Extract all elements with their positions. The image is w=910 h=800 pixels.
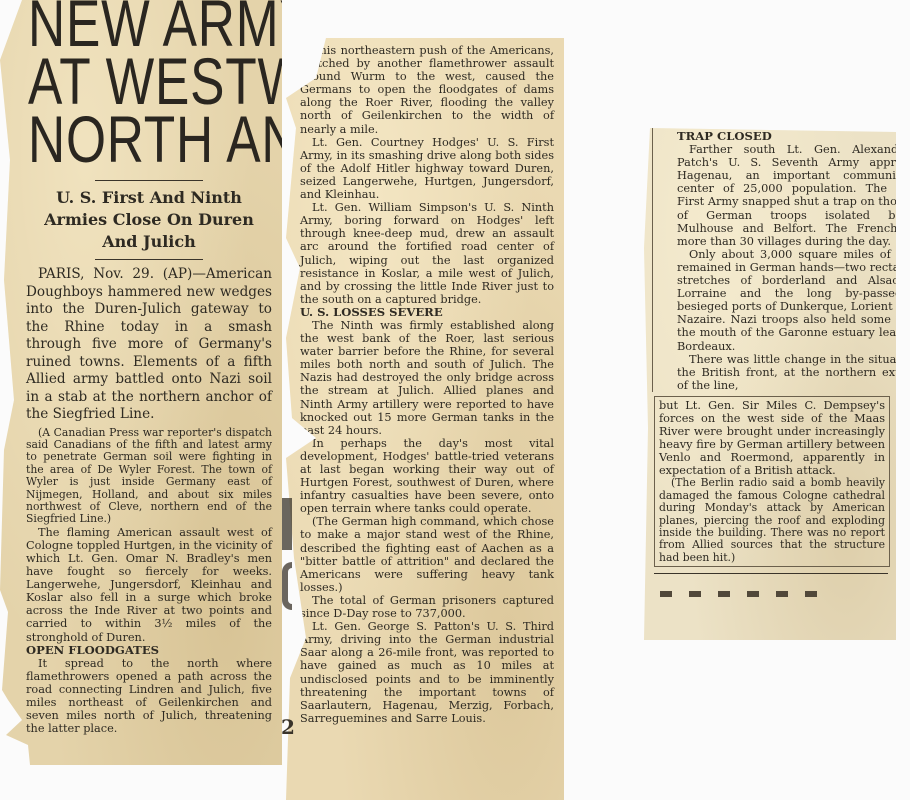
boxed-continuation: but Lt. Gen. Sir Miles C. Dempsey's forc…	[654, 396, 890, 567]
subheadline-line-3: And Julich	[26, 231, 272, 253]
subheadline: U. S. First And Ninth Armies Close On Du…	[26, 187, 272, 253]
clipped-headline-remnant	[660, 582, 896, 601]
paragraph: In perhaps the day's most vital developm…	[300, 437, 554, 516]
section-heading-open-floodgates: OPEN FLOODGATES	[26, 644, 272, 657]
paragraph: The total of German prisoners captured s…	[300, 594, 554, 620]
paragraph: (The German high command, which chose to…	[300, 515, 554, 594]
subheadline-line-2: Armies Close On Duren	[26, 209, 272, 231]
canadian-press-note: (A Canadian Press war reporter's dispatc…	[26, 427, 272, 526]
section-heading-trap-closed: TRAP CLOSED	[677, 130, 896, 143]
column-1-body: PARIS, Nov. 29. (AP)—American Doughboys …	[26, 266, 272, 735]
assault-paragraph: The flaming American assault west of Col…	[26, 526, 272, 644]
clipping-headline-column: NEW ARMY JABS AT WESTWALL'S NORTH ANCHOR…	[0, 0, 282, 765]
paragraph: Lt. Gen. George S. Patton's U. S. Third …	[300, 620, 554, 725]
clipping-continuation-column: This northeastern push of the Americans,…	[286, 38, 564, 800]
column-2-body: This northeastern push of the Americans,…	[286, 38, 564, 725]
column-3-body: TRAP CLOSED Farther south Lt. Gen. Alexa…	[652, 128, 896, 392]
paragraph: Lt. Gen. Courtney Hodges' U. S. First Ar…	[300, 136, 554, 201]
paragraph: Lt. Gen. William Simpson's U. S. Ninth A…	[300, 201, 554, 306]
paragraph: There was little change in the situation…	[677, 353, 896, 392]
stray-letter-fragment	[282, 498, 292, 550]
berlin-radio-note: (The Berlin radio said a bomb heavily da…	[659, 477, 885, 564]
dateline-paragraph: PARIS, Nov. 29. (AP)—American Doughboys …	[26, 266, 272, 424]
subheadline-line-1: U. S. First And Ninth	[26, 187, 272, 209]
stray-letter-fragment	[282, 562, 292, 610]
paragraph: Farther south Lt. Gen. Alexander M. Patc…	[677, 143, 896, 248]
floodgates-paragraph: It spread to the north where flamethrowe…	[26, 657, 272, 736]
stray-numeral: 2	[281, 715, 295, 739]
paragraph: but Lt. Gen. Sir Miles C. Dempsey's forc…	[659, 399, 885, 478]
divider	[95, 259, 203, 260]
divider	[654, 573, 888, 574]
section-heading-losses-severe: U. S. LOSSES SEVERE	[300, 306, 554, 319]
headline-line-3: NORTH ANCHOR	[28, 110, 218, 168]
paragraph: The Ninth was firmly established along t…	[300, 319, 554, 437]
headline: NEW ARMY JABS AT WESTWALL'S NORTH ANCHOR	[28, 0, 218, 168]
clipping-right-column: TRAP CLOSED Farther south Lt. Gen. Alexa…	[644, 128, 896, 640]
paragraph: This northeastern push of the Americans,…	[300, 44, 554, 136]
divider	[95, 180, 203, 181]
paragraph: Only about 3,000 square miles of France …	[677, 248, 896, 353]
